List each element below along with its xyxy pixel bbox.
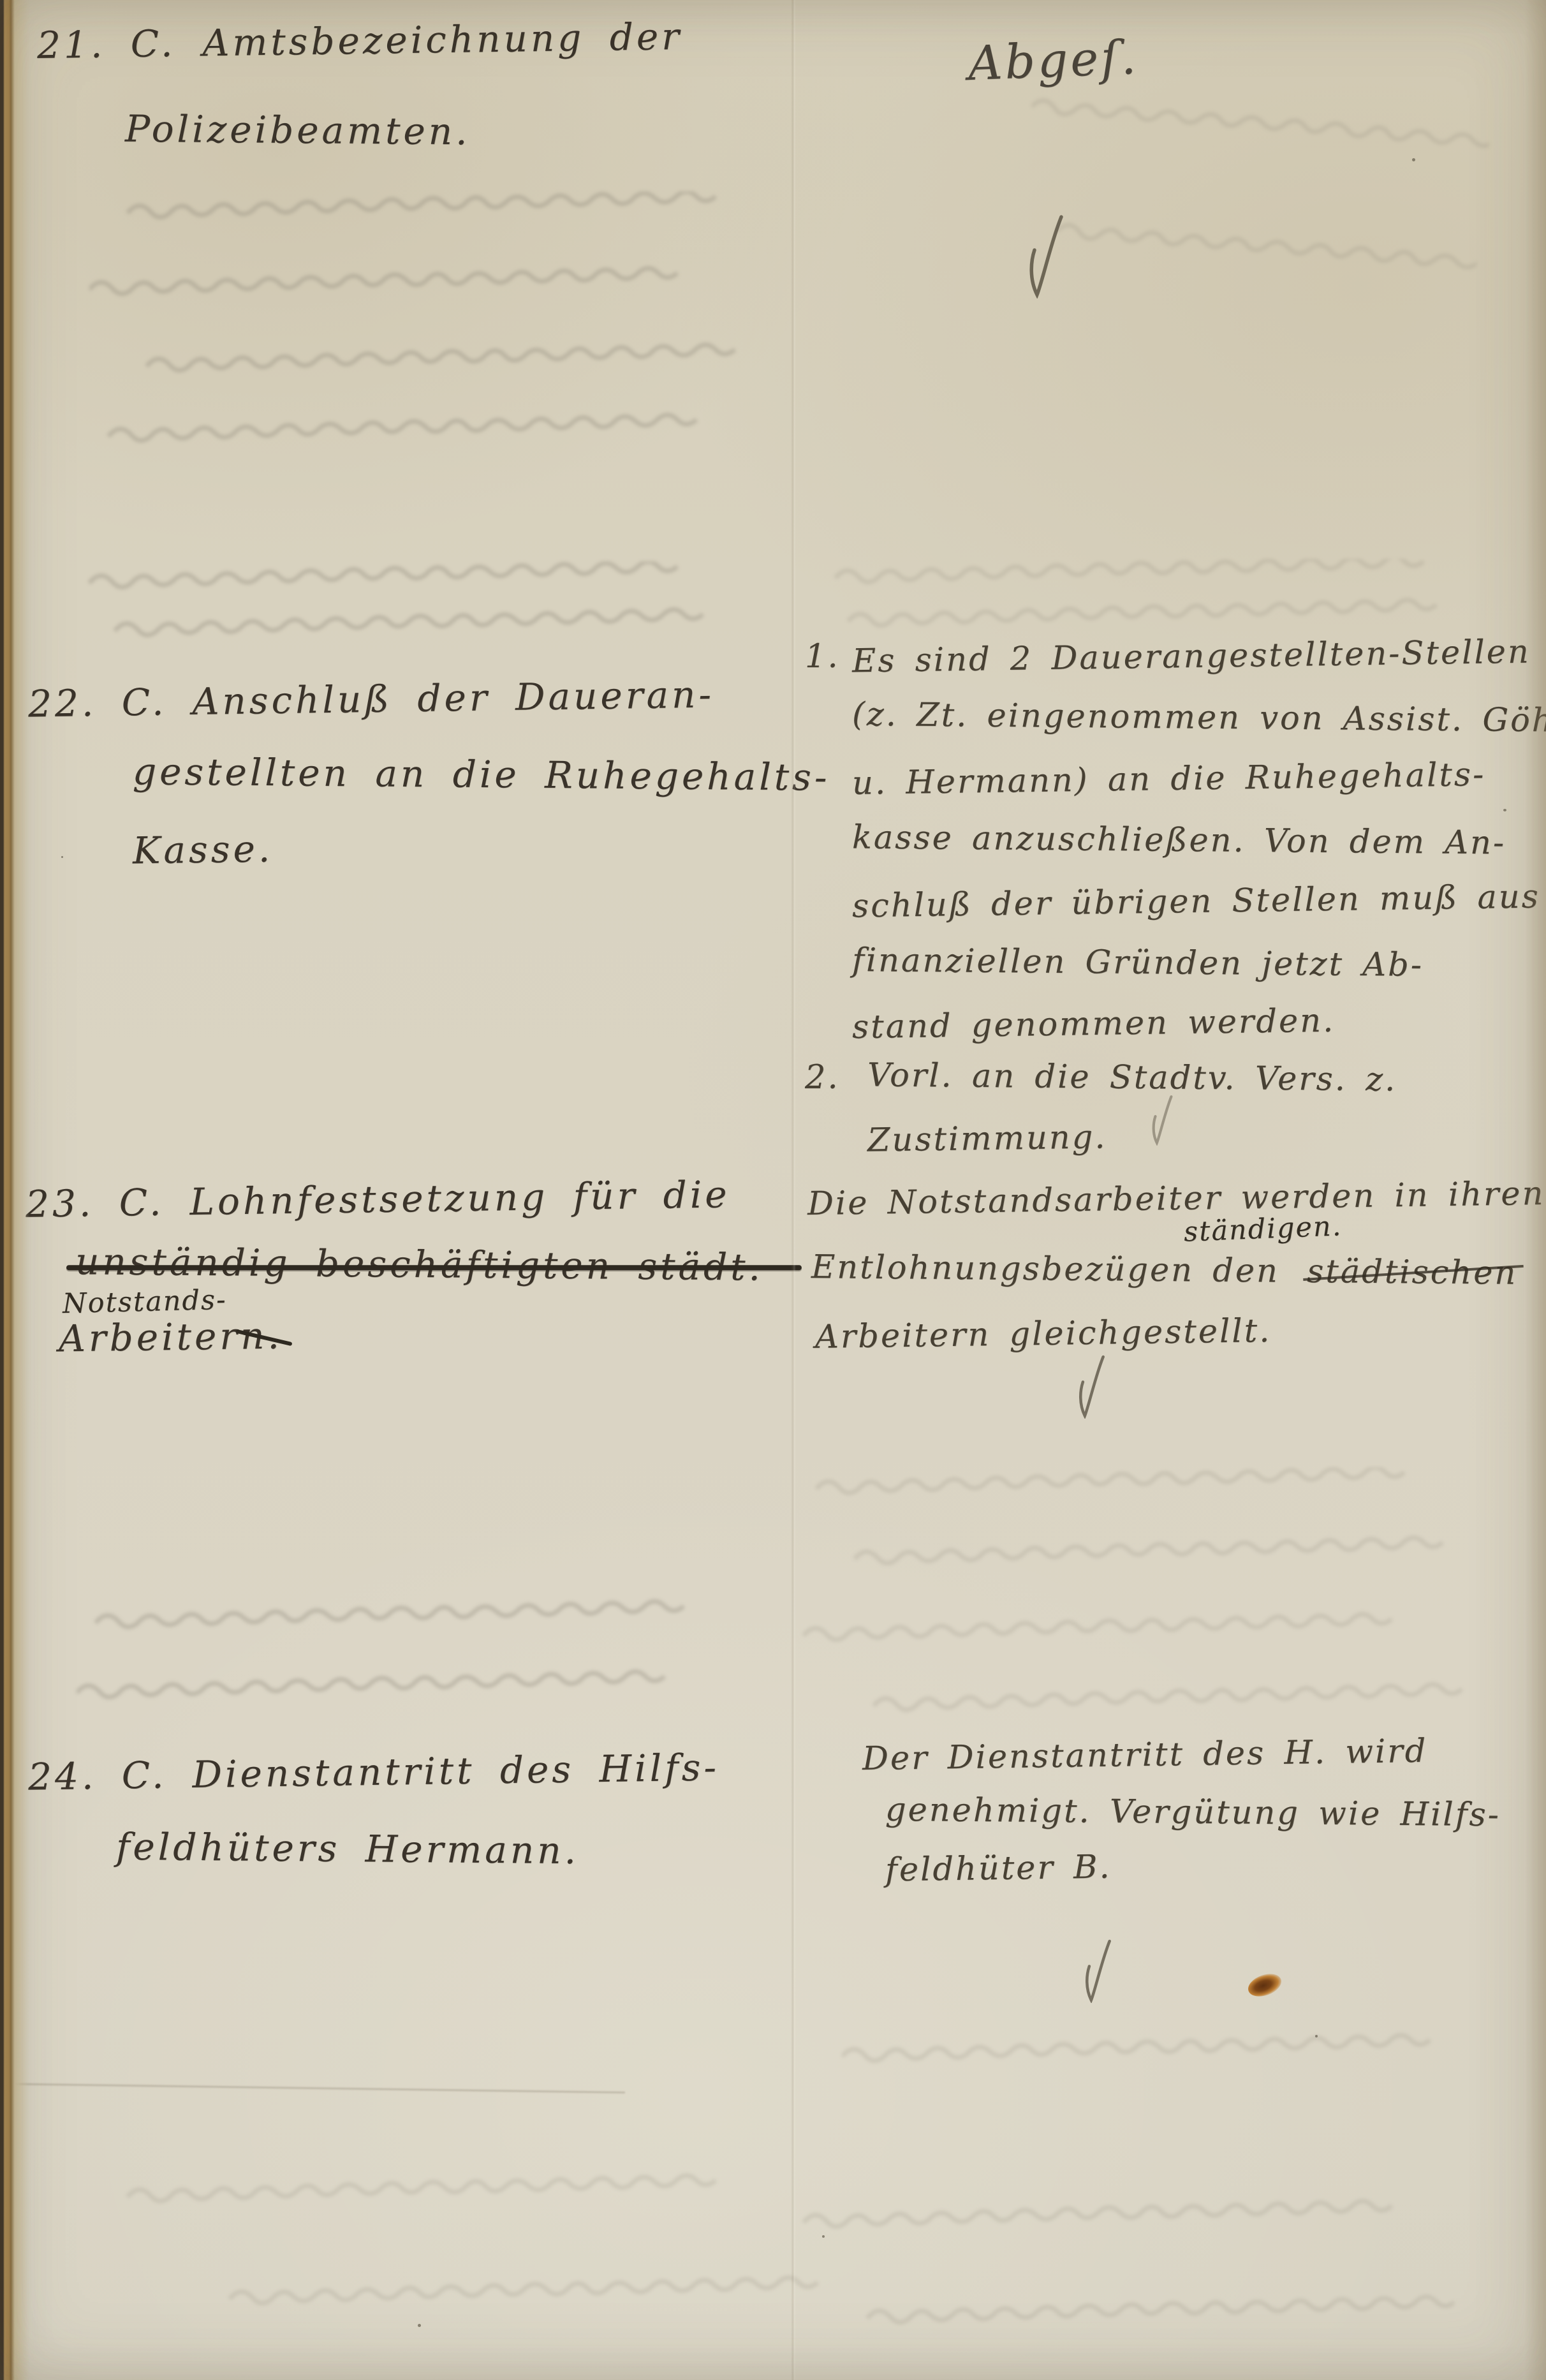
paper-speck bbox=[61, 856, 63, 858]
bleedthrough-text bbox=[797, 1467, 1537, 1748]
bleedthrough-text bbox=[842, 2029, 1480, 2111]
struck-text: n. bbox=[240, 1314, 283, 1358]
filing-annotation: Abgeſ. bbox=[967, 30, 1139, 91]
page-right-edge bbox=[1524, 0, 1546, 2380]
entry-21-subject-line-2: Polizeibeamten. bbox=[125, 107, 471, 154]
entry-23-response-line: Arbeitern gleichgestellt. bbox=[815, 1312, 1272, 1356]
entry-22-response-line: Zustimmung. bbox=[867, 1118, 1107, 1159]
subject-text: Lohnfestsetzung für die bbox=[189, 1172, 730, 1223]
entry-23-response-line: Die Notstandsarbeiter werden in ihren bbox=[807, 1175, 1545, 1223]
checkmark-icon bbox=[1024, 214, 1065, 299]
bleedthrough-text bbox=[77, 561, 721, 663]
fold-crease bbox=[791, 0, 796, 2380]
subject-text: Amtsbezeichnung der bbox=[202, 15, 682, 64]
entry-22-response-line: Vorl. an die Stadtv. Vers. z. bbox=[867, 1056, 1397, 1098]
entry-24-subject-line-1: 24. C.Dienstantritt des Hilfs- bbox=[28, 1745, 720, 1798]
bottom-crease bbox=[0, 2083, 625, 2094]
subject-text: Arbeiter bbox=[59, 1314, 241, 1360]
entry-22-response-line: kasse anzuschließen. Von dem An- bbox=[852, 819, 1506, 862]
response-text: Entlohnungsbezügen den bbox=[811, 1248, 1279, 1290]
paper-speck bbox=[1412, 158, 1415, 161]
entry-23-subject-line-1: 23. C.Lohnfestsetzung für die bbox=[26, 1172, 731, 1225]
entry-22-subject-line-3: Kasse. bbox=[133, 827, 274, 872]
subject-text: Dienstantritt des Hilfs- bbox=[192, 1745, 719, 1796]
entry-23-subject-struck-line: unständig beschäftigten städt. bbox=[75, 1239, 764, 1289]
bleedthrough-text bbox=[102, 2169, 1454, 2360]
binding-edge bbox=[0, 0, 29, 2380]
entry-22-subject-line-2: gestellten an die Ruhegehalts- bbox=[133, 750, 830, 799]
entry-23-response-insert: ständigen. bbox=[1183, 1210, 1343, 1248]
subject-text: Anschluß der Daueran- bbox=[192, 672, 714, 723]
entry-24-subject-line-2: feldhüters Hermann. bbox=[116, 1825, 580, 1872]
checkmark-icon bbox=[1080, 1939, 1114, 2003]
checkmark-icon bbox=[1074, 1355, 1107, 1419]
ink-stain bbox=[1245, 1970, 1285, 2001]
entry-24-response-line: genehmigt. Vergütung wie Hilfs- bbox=[885, 1791, 1501, 1834]
paper-speck bbox=[418, 2324, 421, 2327]
checkmark-icon bbox=[1149, 1095, 1174, 1146]
entry-21-subject-line-1: 21. C.Amtsbezeichnung der bbox=[37, 15, 683, 67]
struck-text: unständig beschäftigten städt. bbox=[75, 1239, 764, 1289]
entry-24-response-line: feldhüter B. bbox=[885, 1849, 1112, 1889]
manuscript-page: Abgeſ. 21. C.Amtsbezeichnung der Polizei… bbox=[0, 0, 1546, 2380]
entry-22-response-line: Es sind 2 Dauerangestellten-Stellen bbox=[852, 633, 1531, 681]
struck-text: städtischen bbox=[1307, 1253, 1518, 1292]
entry-22-response-marker-1: 1. bbox=[805, 638, 840, 676]
entry-22-response-line: schluß der übrigen Stellen muß aus bbox=[852, 878, 1541, 925]
entry-number: 24. C. bbox=[28, 1754, 167, 1799]
entry-22-response-line: stand genommen werden. bbox=[852, 1002, 1336, 1047]
paper-speck bbox=[1315, 2035, 1318, 2037]
entry-number: 21. C. bbox=[37, 22, 176, 67]
entry-22-response-line: u. Hermann) an die Ruhegehalts- bbox=[852, 756, 1486, 802]
entry-22-response-line: (z. Zt. eingenommen von Assist. Göhne bbox=[852, 696, 1546, 740]
paper-speck bbox=[822, 2235, 825, 2238]
paper-speck bbox=[1503, 809, 1506, 811]
entry-22-response-line: finanziellen Gründen jetzt Ab- bbox=[852, 942, 1424, 984]
entry-23-subject-line-3: Arbeitern. bbox=[59, 1314, 283, 1361]
entry-22-response-marker-2: 2. bbox=[805, 1059, 840, 1097]
entry-22-subject-line-1: 22. C.Anschluß der Daueran- bbox=[28, 672, 715, 725]
bleedthrough-text bbox=[1008, 72, 1492, 374]
bleedthrough-text bbox=[89, 191, 753, 466]
entry-23-response-line: Entlohnungsbezügen den städtischen bbox=[811, 1248, 1518, 1292]
entry-24-response-line: Der Dienstantritt des H. wird bbox=[862, 1733, 1428, 1778]
bleedthrough-text bbox=[77, 1595, 759, 1741]
entry-number: 23. C. bbox=[26, 1181, 165, 1226]
entry-number: 22. C. bbox=[28, 680, 167, 725]
